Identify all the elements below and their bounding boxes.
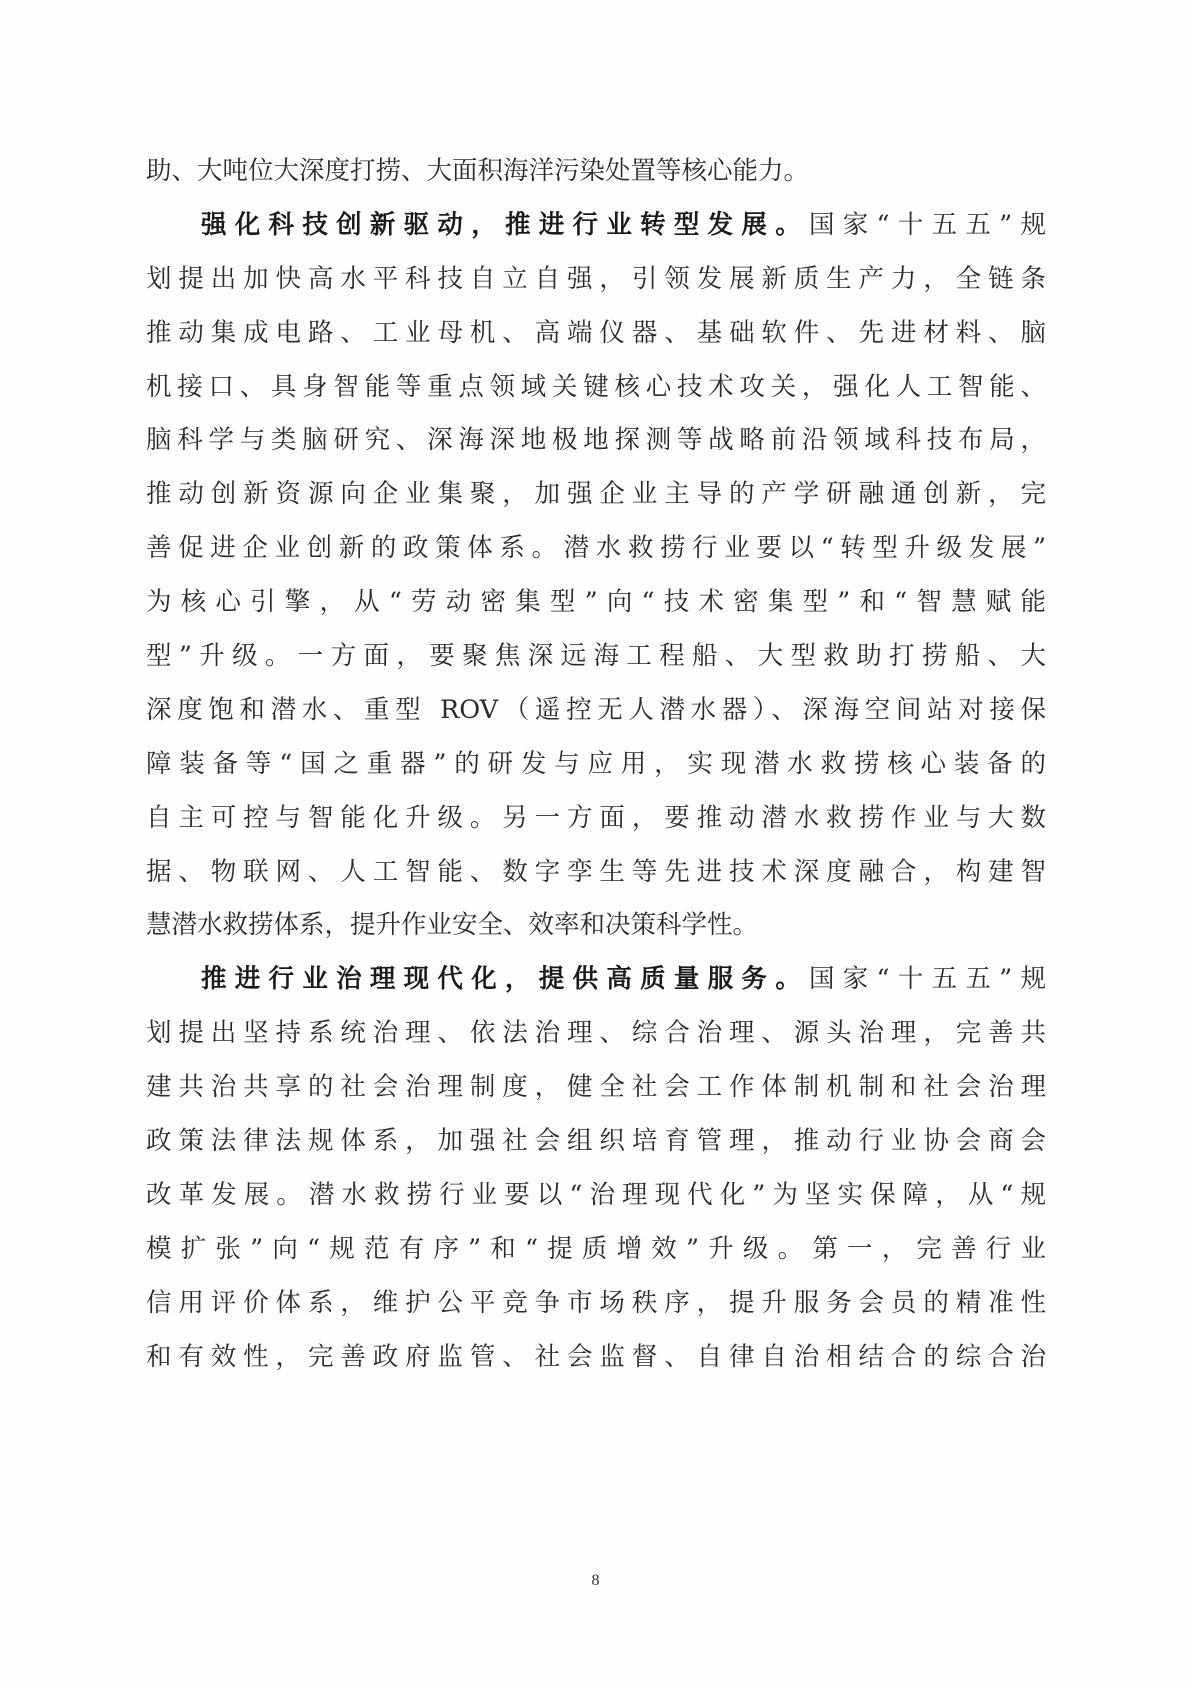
section-heading: 强化科技创新驱动，推进行业转型发展。 [201, 210, 809, 240]
paragraph-first-line: 推进行业治理现代化，提供高质量服务。国家“十五五”规 [146, 953, 1046, 1007]
paragraph-first-line: 强化科技创新驱动，推进行业转型发展。国家“十五五”规 [146, 199, 1046, 253]
text-line: 为核心引擎，从“劳动密集型”向“技术密集型”和“智慧赋能 [146, 576, 1046, 630]
text-line: 深度饱和潜水、重型 ROV（遥控无人潜水器）、深海空间站对接保 [146, 684, 1046, 738]
text-run: 国家“十五五”规 [809, 210, 1046, 240]
text-line: 建共治共享的社会治理制度，健全社会工作体制机制和社会治理 [146, 1061, 1046, 1115]
document-page: 助、大吨位大深度打捞、大面积海洋污染处置等核心能力。 强化科技创新驱动，推进行业… [0, 0, 1191, 1685]
text-line: 助、大吨位大深度打捞、大面积海洋污染处置等核心能力。 [146, 145, 1046, 199]
text-line: 推动集成电路、工业母机、高端仪器、基础软件、先进材料、脑 [146, 307, 1046, 361]
text-line: 障装备等“国之重器”的研发与应用，实现潜水救捞核心装备的 [146, 738, 1046, 792]
text-line: 改革发展。潜水救捞行业要以“治理现代化”为坚实保障，从“规 [146, 1169, 1046, 1223]
page-body: 助、大吨位大深度打捞、大面积海洋污染处置等核心能力。 强化科技创新驱动，推进行业… [146, 145, 1046, 1384]
text-line: 推动创新资源向企业集聚，加强企业主导的产学研融通创新，完 [146, 468, 1046, 522]
section-heading: 推进行业治理现代化，提供高质量服务。 [201, 964, 809, 994]
text-line: 信用评价体系，维护公平竞争市场秩序，提升服务会员的精准性 [146, 1277, 1046, 1331]
text-line: 自主可控与智能化升级。另一方面，要推动潜水救捞作业与大数 [146, 792, 1046, 846]
text-line: 模扩张”向“规范有序”和“提质增效”升级。第一，完善行业 [146, 1223, 1046, 1277]
text-line: 善促进企业创新的政策体系。潜水救捞行业要以“转型升级发展” [146, 522, 1046, 576]
text-line: 脑科学与类脑研究、深海深地极地探测等战略前沿领域科技布局， [146, 414, 1046, 468]
page-number: 8 [0, 1572, 1191, 1590]
text-line: 政策法律法规体系，加强社会组织培育管理，推动行业协会商会 [146, 1115, 1046, 1169]
text-line: 划提出坚持系统治理、依法治理、综合治理、源头治理，完善共 [146, 1007, 1046, 1061]
text-line: 和有效性，完善政府监管、社会监督、自律自治相结合的综合治 [146, 1331, 1046, 1385]
text-run: 国家“十五五”规 [809, 964, 1046, 994]
text-line: 据、物联网、人工智能、数字孪生等先进技术深度融合，构建智 [146, 846, 1046, 900]
text-line: 慧潜水救捞体系，提升作业安全、效率和决策科学性。 [146, 899, 1046, 953]
text-line: 划提出加快高水平科技自立自强，引领发展新质生产力，全链条 [146, 253, 1046, 307]
text-line: 机接口、具身智能等重点领域关键核心技术攻关，强化人工智能、 [146, 361, 1046, 415]
text-line: 型”升级。一方面，要聚焦深远海工程船、大型救助打捞船、大 [146, 630, 1046, 684]
